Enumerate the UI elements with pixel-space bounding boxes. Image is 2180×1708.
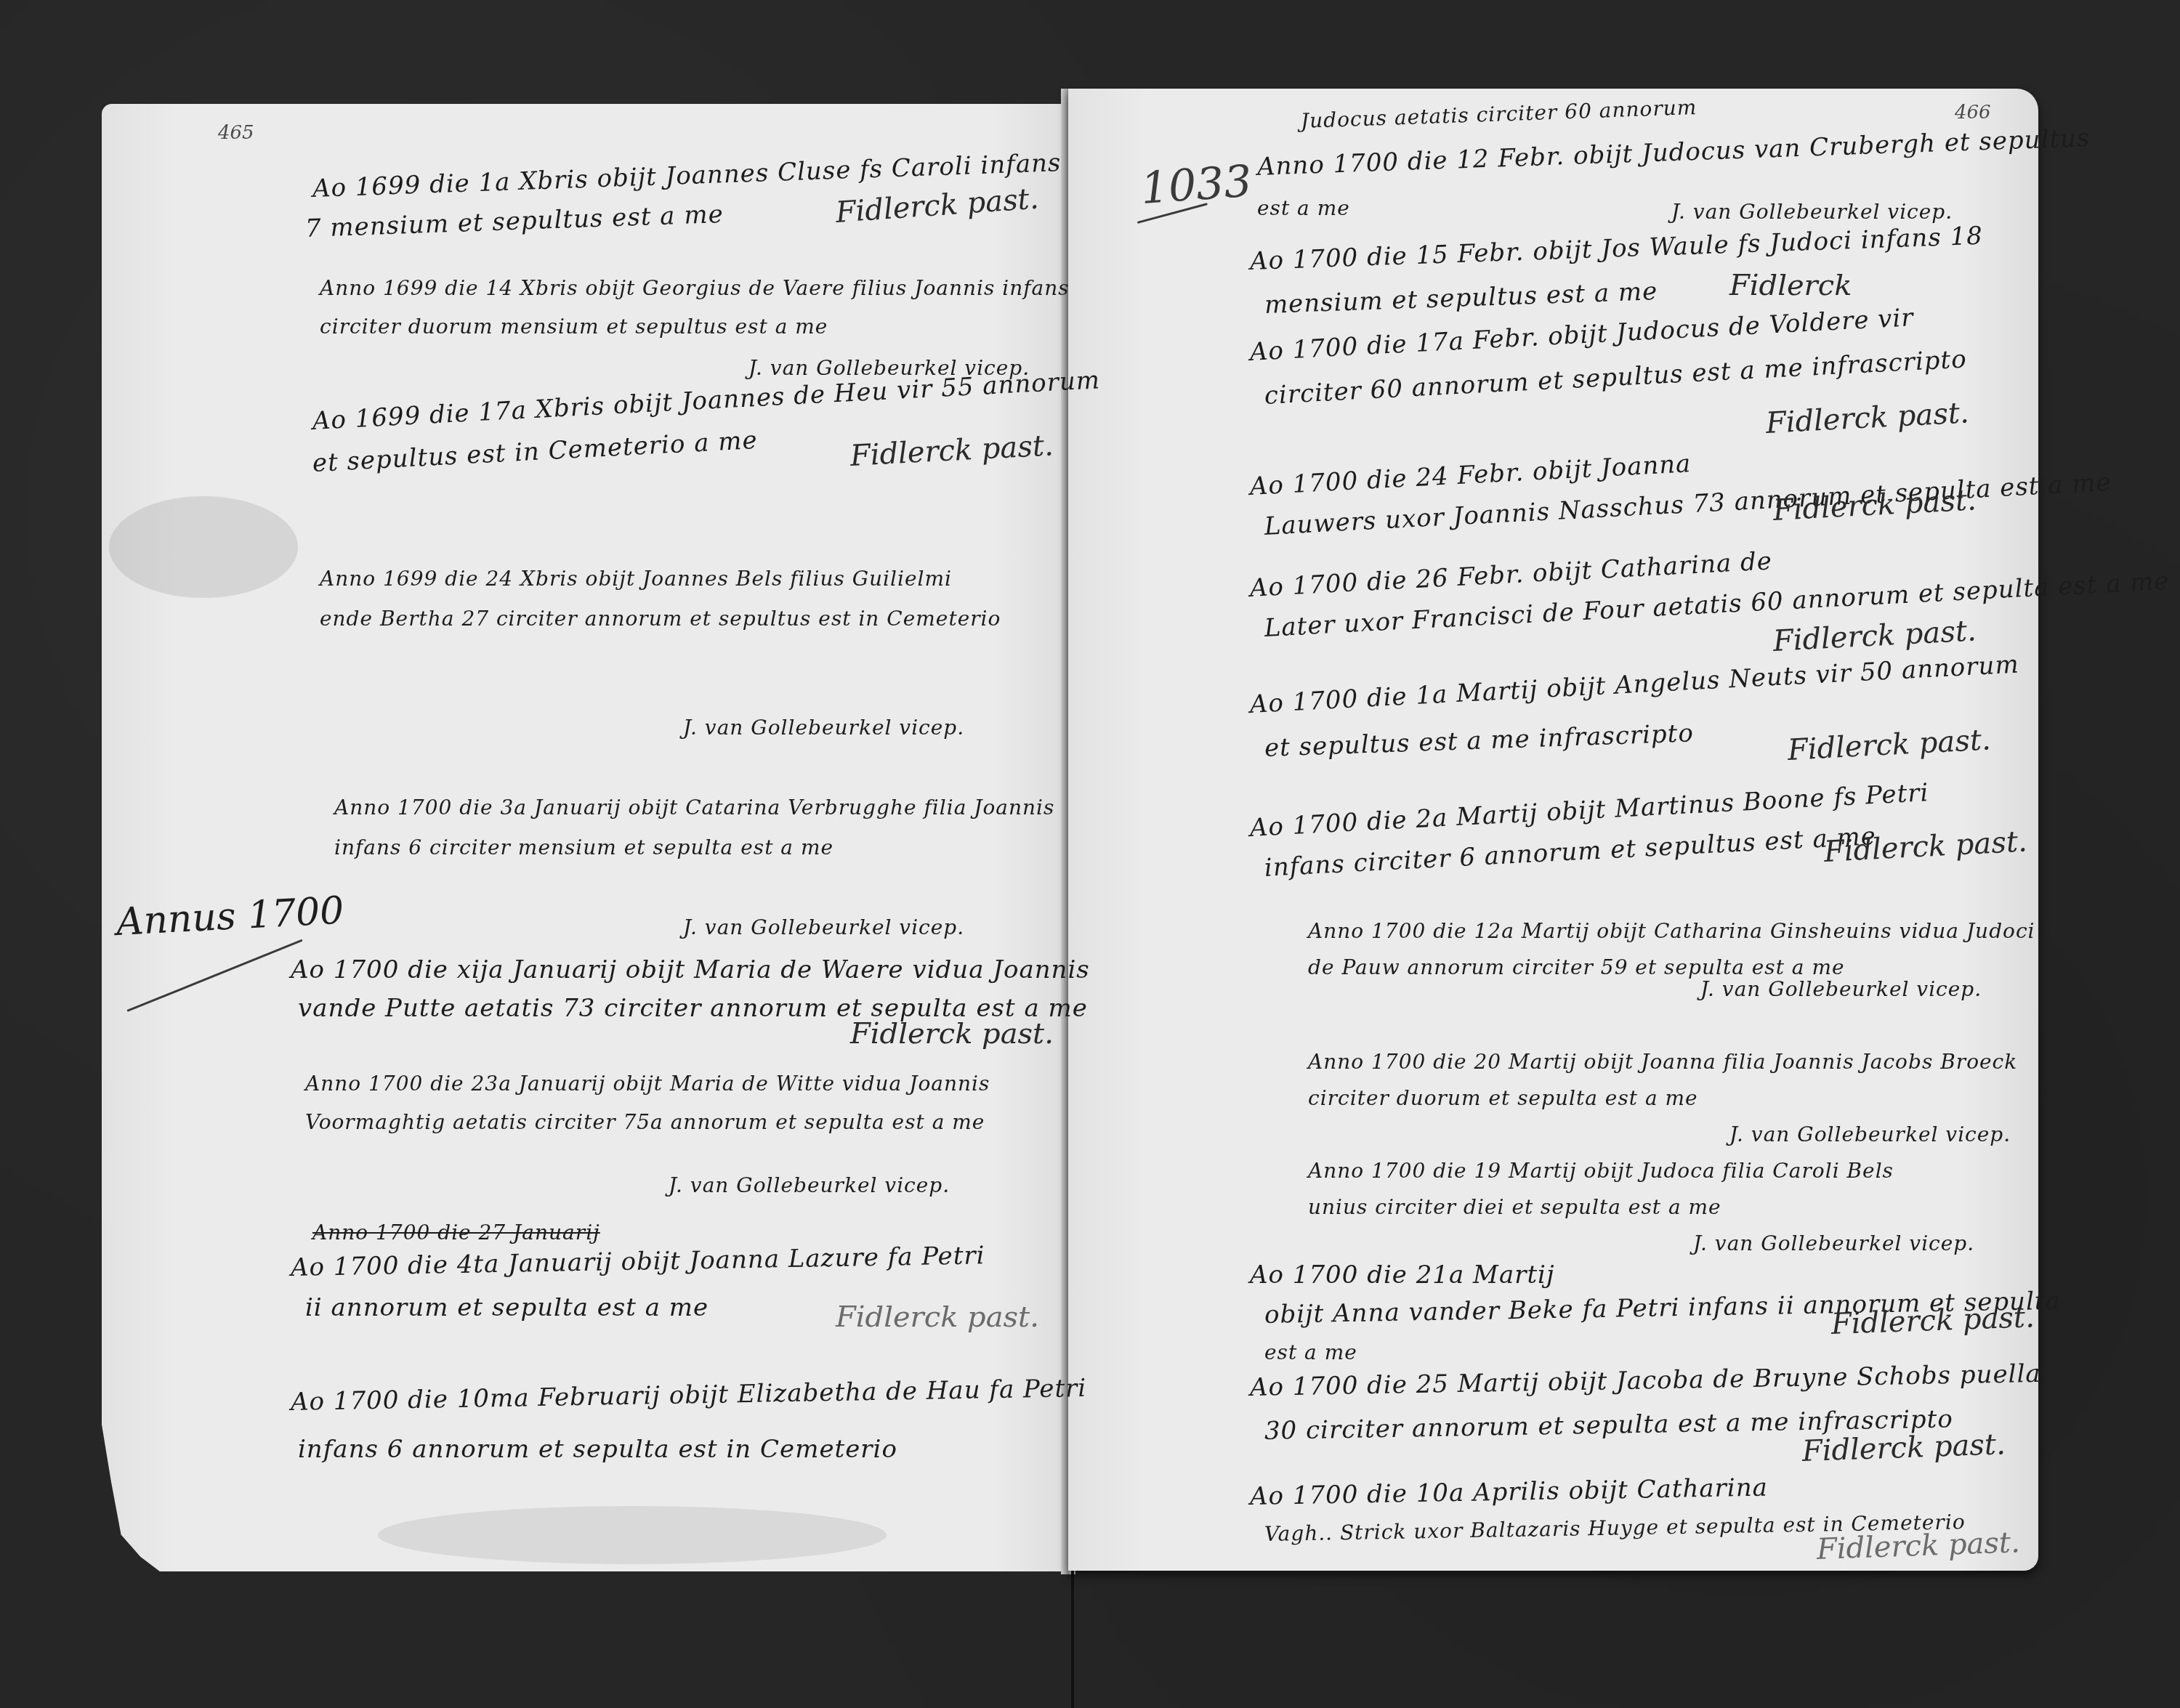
entry-line: est a me	[1257, 196, 1350, 220]
entry-line: Ao 1700 die xija Januarij obijt Maria de…	[291, 955, 1090, 984]
entry-line: Ao 1700 die 21a Martij	[1250, 1260, 1555, 1290]
vicar-signature: J. van Gollebeurkel vicep.	[1700, 977, 1982, 1001]
vicar-signature: J. van Gollebeurkel vicep.	[669, 1173, 950, 1197]
priest-signature: Fidlerck past.	[850, 1017, 1054, 1051]
entry-line: Anno 1700 die 19 Martij obijt Judoca fil…	[1308, 1159, 1894, 1183]
entry-line: circiter duorum et sepulta est a me	[1308, 1086, 1698, 1110]
entry-line: ii annorum et sepulta est a me	[305, 1293, 708, 1322]
entry-line: infans 6 annorum et sepulta est in Cemet…	[298, 1435, 897, 1464]
entry-line: ende Bertha 27 circiter annorum et sepul…	[320, 607, 1001, 631]
entry-line: de Pauw annorum circiter 59 et sepulta e…	[1308, 955, 1845, 979]
entry-line: Anno 1700 die 23a Januarij obijt Maria d…	[305, 1072, 990, 1096]
priest-signature: Fidlerck past.	[1830, 1300, 2035, 1341]
entry-line: Anno 1700 die 3a Januarij obijt Catarina…	[334, 796, 1054, 819]
vicar-signature: J. van Gollebeurkel vicep.	[683, 915, 964, 939]
gutter-shadow	[1071, 1569, 1074, 1708]
entry-line: infans 6 circiter mensium et sepulta est…	[334, 835, 833, 859]
priest-signature: Fidlerck past.	[1816, 1526, 2020, 1566]
entry-line: Voormaghtig aetatis circiter 75a annorum…	[305, 1110, 985, 1134]
vicar-signature: J. van Gollebeurkel vicep.	[1729, 1122, 2011, 1146]
bleed-through-stain	[109, 496, 298, 598]
left-page-number: 465	[218, 122, 254, 144]
vicar-signature: J. van Gollebeurkel vicep.	[683, 716, 964, 740]
struck-out-line: Anno 1700 die 27 Januarij	[312, 1221, 600, 1244]
priest-signature: Fidlerck past.	[1801, 1428, 2006, 1468]
bleed-through-stain	[378, 1506, 887, 1564]
entry-line: Anno 1700 die 12a Martij obijt Catharina…	[1308, 919, 2035, 943]
priest-signature: Fidlerck	[1729, 269, 1852, 302]
entry-line: unius circiter diei et sepulta est a me	[1308, 1195, 1721, 1219]
entry-line: Anno 1700 die 20 Martij obijt Joanna fil…	[1308, 1050, 2017, 1074]
right-page-number: 466	[1955, 102, 1991, 124]
vicar-signature: J. van Gollebeurkel vicep.	[1671, 200, 1953, 224]
vicar-signature: J. van Gollebeurkel vicep.	[1693, 1231, 1974, 1255]
entry-line: est a me	[1264, 1340, 1357, 1364]
entry-line: circiter duorum mensium et sepultus est …	[320, 315, 828, 339]
entry-line: Anno 1699 die 14 Xbris obijt Georgius de…	[320, 276, 1070, 300]
priest-signature: Fidlerck past.	[836, 1300, 1039, 1334]
entry-line: Anno 1699 die 24 Xbris obijt Joannes Bel…	[320, 567, 952, 591]
